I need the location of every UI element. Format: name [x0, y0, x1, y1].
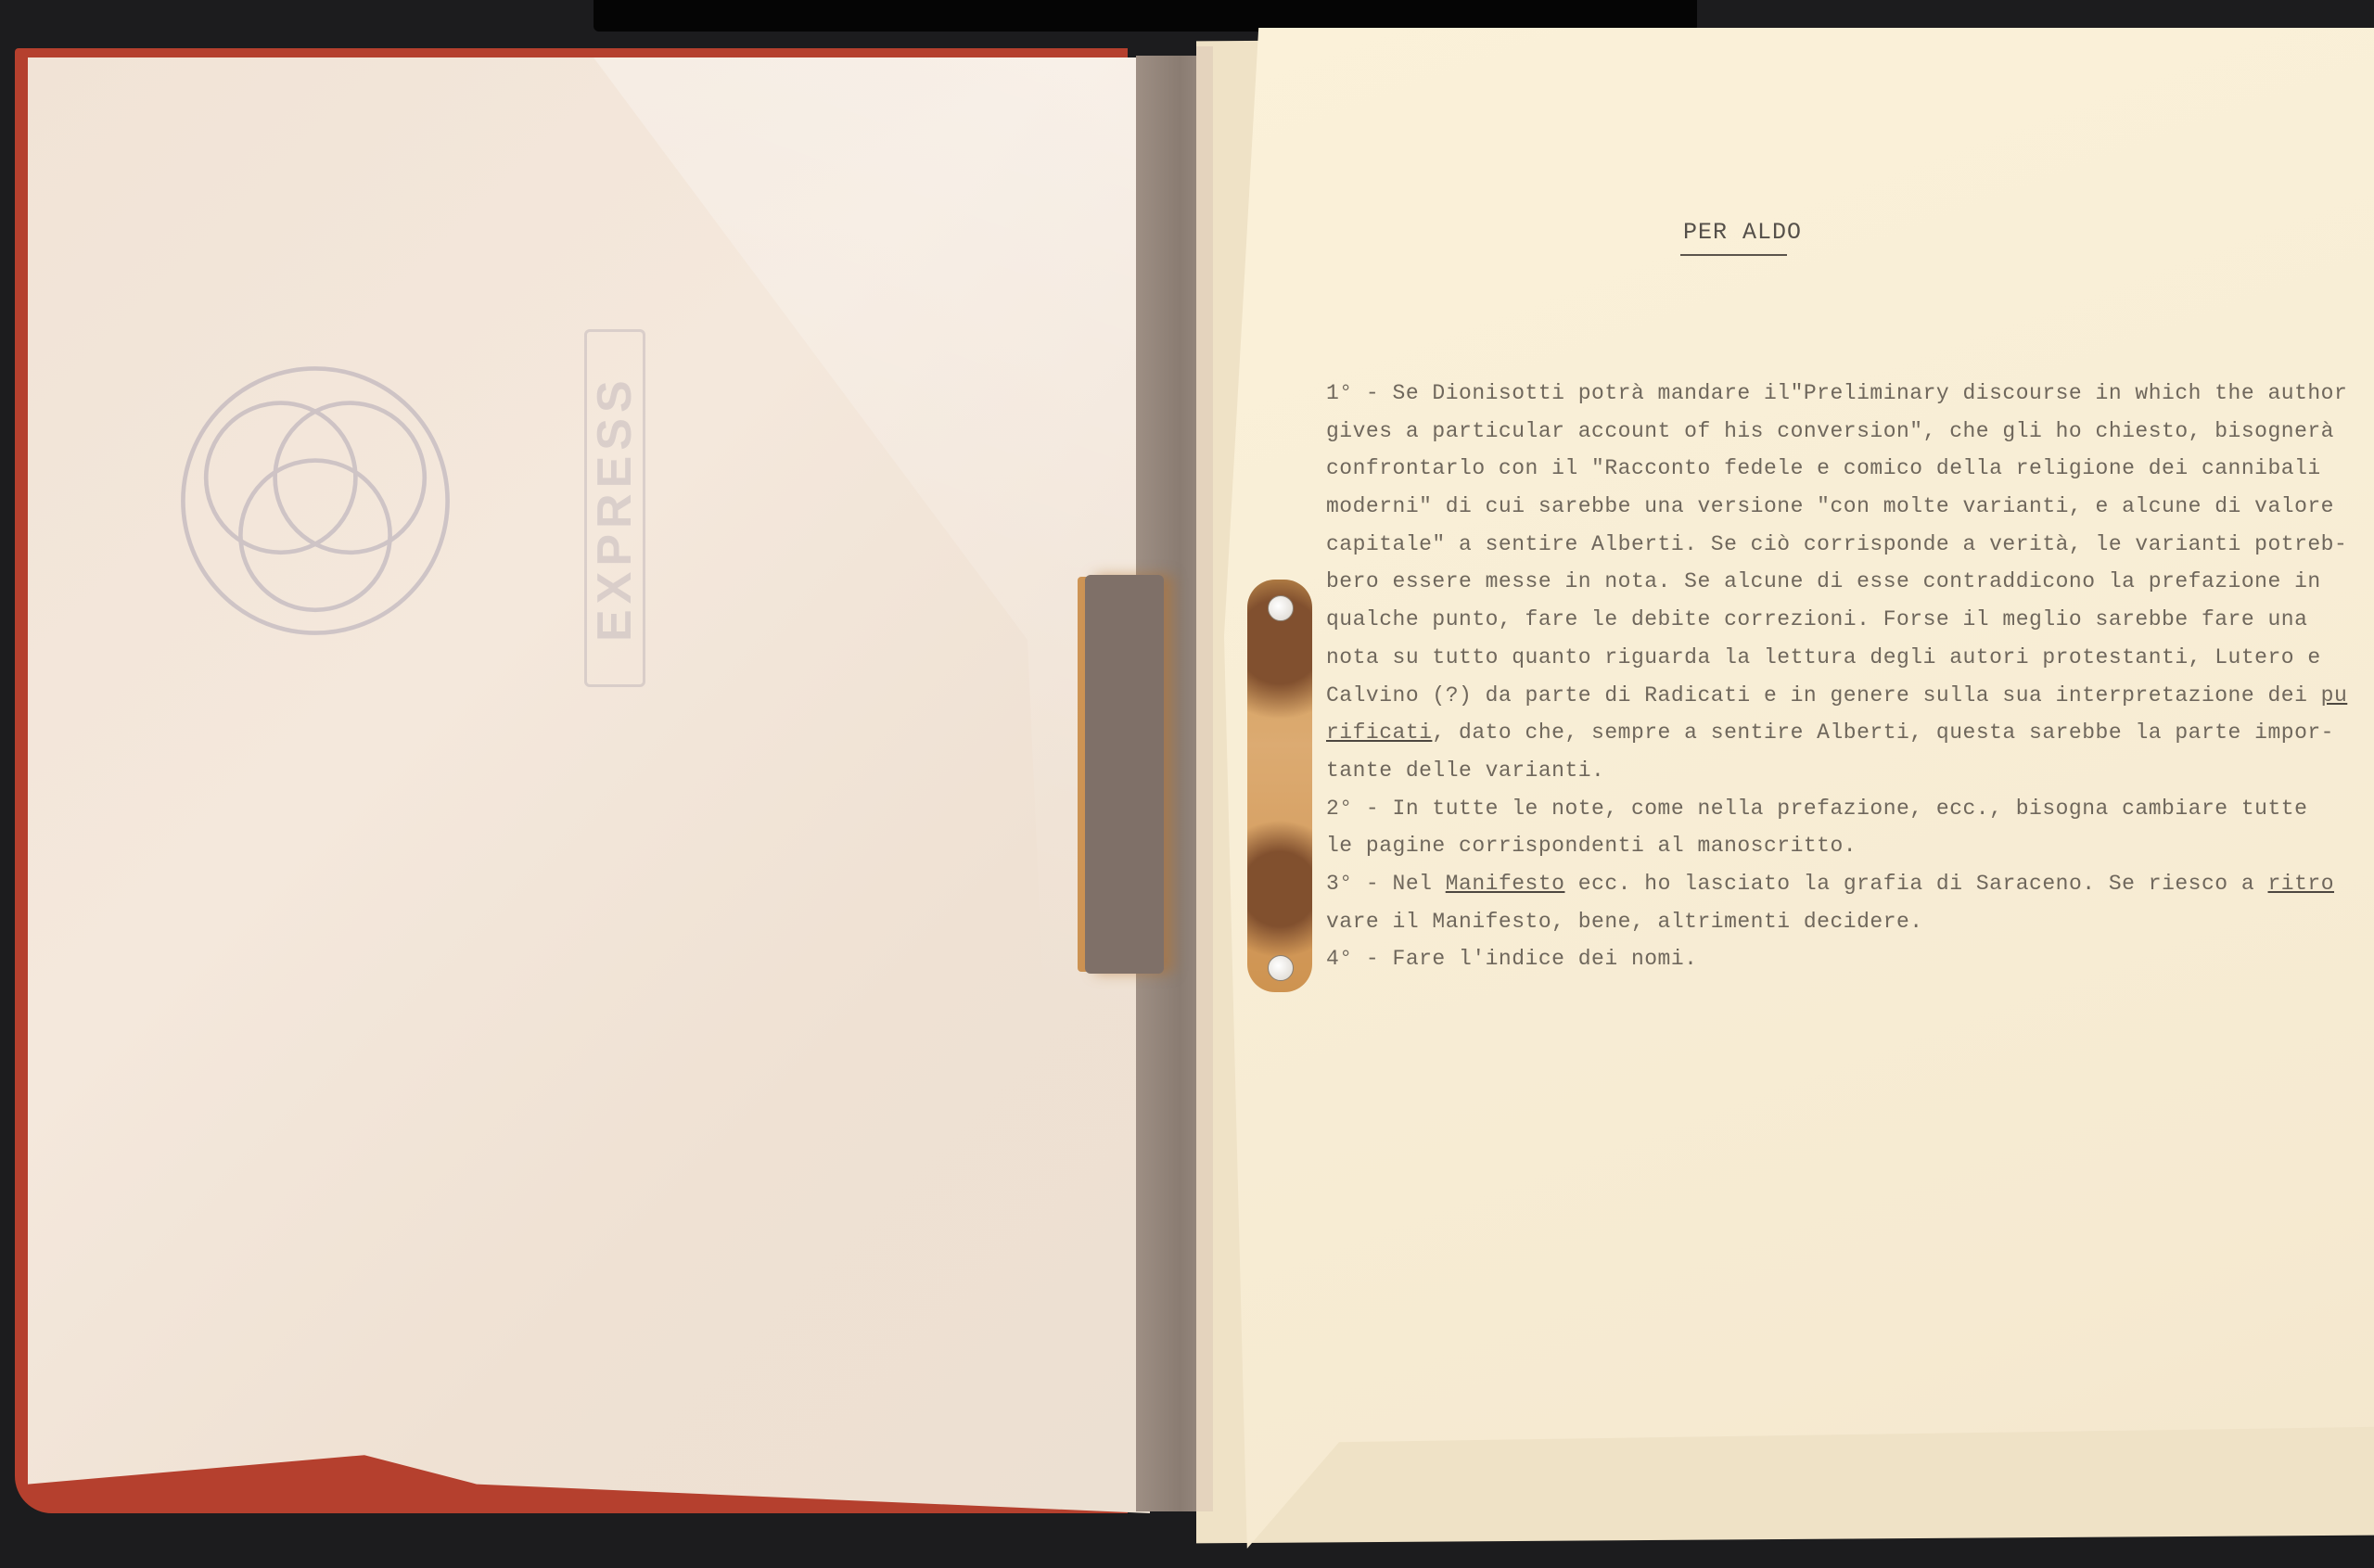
rivet-top-icon [1268, 595, 1294, 621]
text-line: bero essere messe in nota. Se alcune di … [1326, 563, 2365, 601]
text-segment: 3° - Nel [1326, 872, 1446, 896]
text-line: gives a particular account of his conver… [1326, 413, 2365, 451]
text-line: 1° - Se Dionisotti potrà mandare il"Prel… [1326, 375, 2365, 413]
text-line: qualche punto, fare le debite correzioni… [1326, 601, 2365, 639]
text-line: 3° - Nel Manifesto ecc. ho lasciato la g… [1326, 865, 2365, 903]
text-line: tante delle varianti. [1326, 752, 2365, 790]
underlined-word: pu [2321, 683, 2348, 708]
scanner-lid-shadow [593, 0, 1697, 32]
rivet-bottom-icon [1268, 955, 1294, 981]
underlined-word: ritro [2268, 872, 2335, 896]
text-line: rificati, dato che, sempre a sentire Alb… [1326, 714, 2365, 752]
text-line: 4° - Fare l'indice dei nomi. [1326, 940, 2365, 978]
text-line: Calvino (?) da parte di Radicati e in ge… [1326, 677, 2365, 715]
text-line: nota su tutto quanto riguarda la lettura… [1326, 639, 2365, 677]
paper-stack-edge [1196, 46, 1213, 1511]
text-segment: , dato che, sempre a sentire Alberti, qu… [1432, 720, 2334, 745]
underlined-word: Manifesto [1446, 872, 1565, 896]
text-line: 2° - In tutte le note, come nella prefaz… [1326, 790, 2365, 828]
interlocking-rings-logo-icon [172, 357, 459, 644]
express-stamp: EXPRESS [584, 329, 645, 687]
text-segment: ecc. ho lasciato la grafia di Saraceno. … [1564, 872, 2267, 896]
typed-text-body: 1° - Se Dionisotti potrà mandare il"Prel… [1326, 375, 2365, 978]
text-line: capitale" a sentire Alberti. Se ciò corr… [1326, 526, 2365, 564]
page-title: PER ALDO [1683, 219, 1802, 246]
underlined-word: rificati [1326, 720, 1432, 745]
title-underline [1680, 254, 1787, 256]
metal-fastener-strip [1085, 575, 1164, 974]
rust-stain [1247, 580, 1312, 992]
text-segment: Calvino (?) da parte di Radicati e in ge… [1326, 683, 2321, 708]
text-line: vare il Manifesto, bene, altrimenti deci… [1326, 903, 2365, 941]
text-line: moderni" di cui sarebbe una versione "co… [1326, 488, 2365, 526]
text-line: confrontarlo con il "Racconto fedele e c… [1326, 450, 2365, 488]
text-line: le pagine corrispondenti al manoscritto. [1326, 827, 2365, 865]
